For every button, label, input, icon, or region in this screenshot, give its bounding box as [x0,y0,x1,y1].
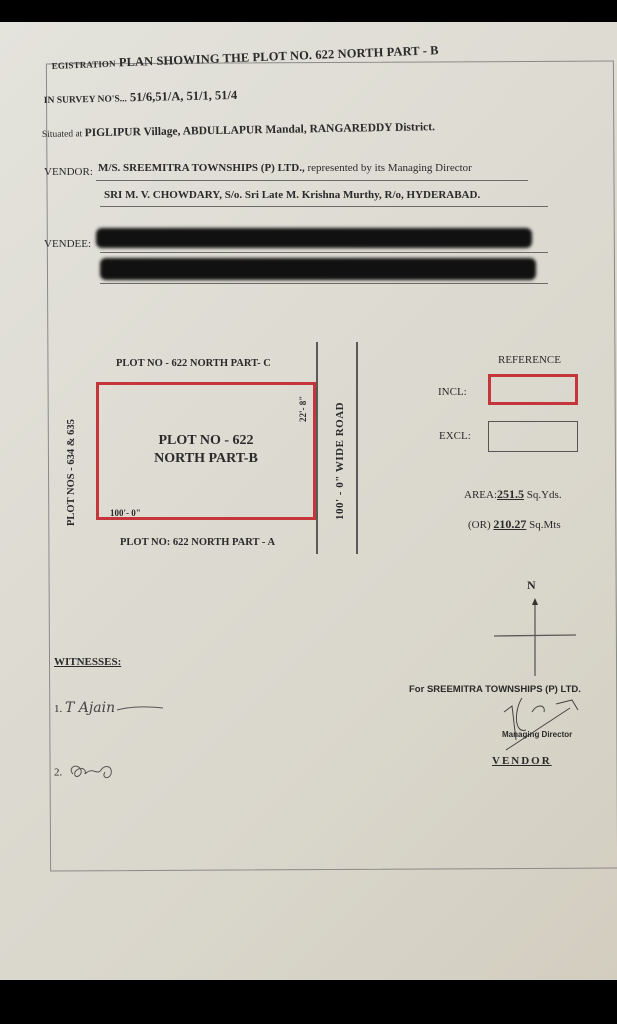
incl-box [488,374,578,405]
north-label: N [527,578,536,593]
area-sqmts: (OR) 210.27 Sq.Mts [468,517,561,532]
plot-number: PLOT NO - 622 [96,432,316,450]
excl-label: EXCL: [439,430,471,442]
road-label: 100' - 0" WIDE ROAD [334,402,346,520]
vendee-redaction-1 [96,228,532,248]
area-sqyds-value: 251.5 [497,487,524,501]
vendor-representation: represented by its Managing Director [305,162,472,174]
length-dimension: 100'- 0" [110,508,141,518]
vendee-underline-1 [100,252,548,253]
witnesses-title: WITNESSES: [54,656,121,668]
reference-title: REFERENCE [498,354,561,366]
area-sqyds: AREA:251.5 Sq.Yds. [464,487,562,502]
road-edge-left [316,342,318,554]
width-dimension: 22'- 8" [298,396,308,422]
vendor-role: VENDOR [492,755,552,767]
area-sqyds-unit: Sq.Yds. [524,489,562,501]
witness-2-signature-icon [65,760,125,786]
north-neighbor-label: PLOT NO - 622 NORTH PART- C [116,358,271,369]
witness-1-number: 1. [54,703,62,715]
vendor-signature-icon [486,690,586,752]
vendee-label: VENDEE: [44,238,91,250]
vendor-underline-1 [96,180,528,181]
vendee-redaction-2 [100,258,536,280]
vendor-label: VENDOR: [44,166,93,178]
vendor-company-line: M/S. SREEMITRA TOWNSHIPS (P) LTD., repre… [98,162,472,174]
witness-1: 1. T Ajain [54,700,165,716]
vendor-person: SRI M. V. CHOWDARY, S/o. Sri Late M. Kri… [104,189,480,201]
plot-part: NORTH PART-B [96,450,316,468]
witness-2: 2. [54,760,125,786]
survey-values: 51/6,51/A, 51/1, 51/4 [127,88,238,104]
north-arrow-icon [490,596,580,680]
road-edge-right [356,342,358,554]
survey-label: IN SURVEY NO'S... [44,94,127,106]
vendor-underline-2 [100,206,548,207]
signature-stroke-icon [115,704,165,714]
witness-1-signature: T Ajain [65,700,115,716]
south-neighbor-label: PLOT NO: 622 NORTH PART - A [120,537,275,548]
area-sqmts-value: 210.27 [493,517,526,531]
plot-label: PLOT NO - 622NORTH PART-B [96,432,316,468]
vendor-company: M/S. SREEMITRA TOWNSHIPS (P) LTD., [98,162,305,174]
west-neighbor-label: PLOT NOS - 634 & 635 [66,419,77,526]
or-label: (OR) [468,519,493,531]
area-sqmts-unit: Sq.Mts [526,519,560,531]
title-prefix: EGISTRATION [52,59,116,71]
witness-2-number: 2. [54,767,62,779]
designation: Managing Director [502,730,572,739]
area-label: AREA: [464,489,497,501]
excl-box [488,421,578,452]
situated-label: Situated at [42,129,85,140]
vendee-underline-2 [100,283,548,284]
incl-label: INCL: [438,386,467,398]
